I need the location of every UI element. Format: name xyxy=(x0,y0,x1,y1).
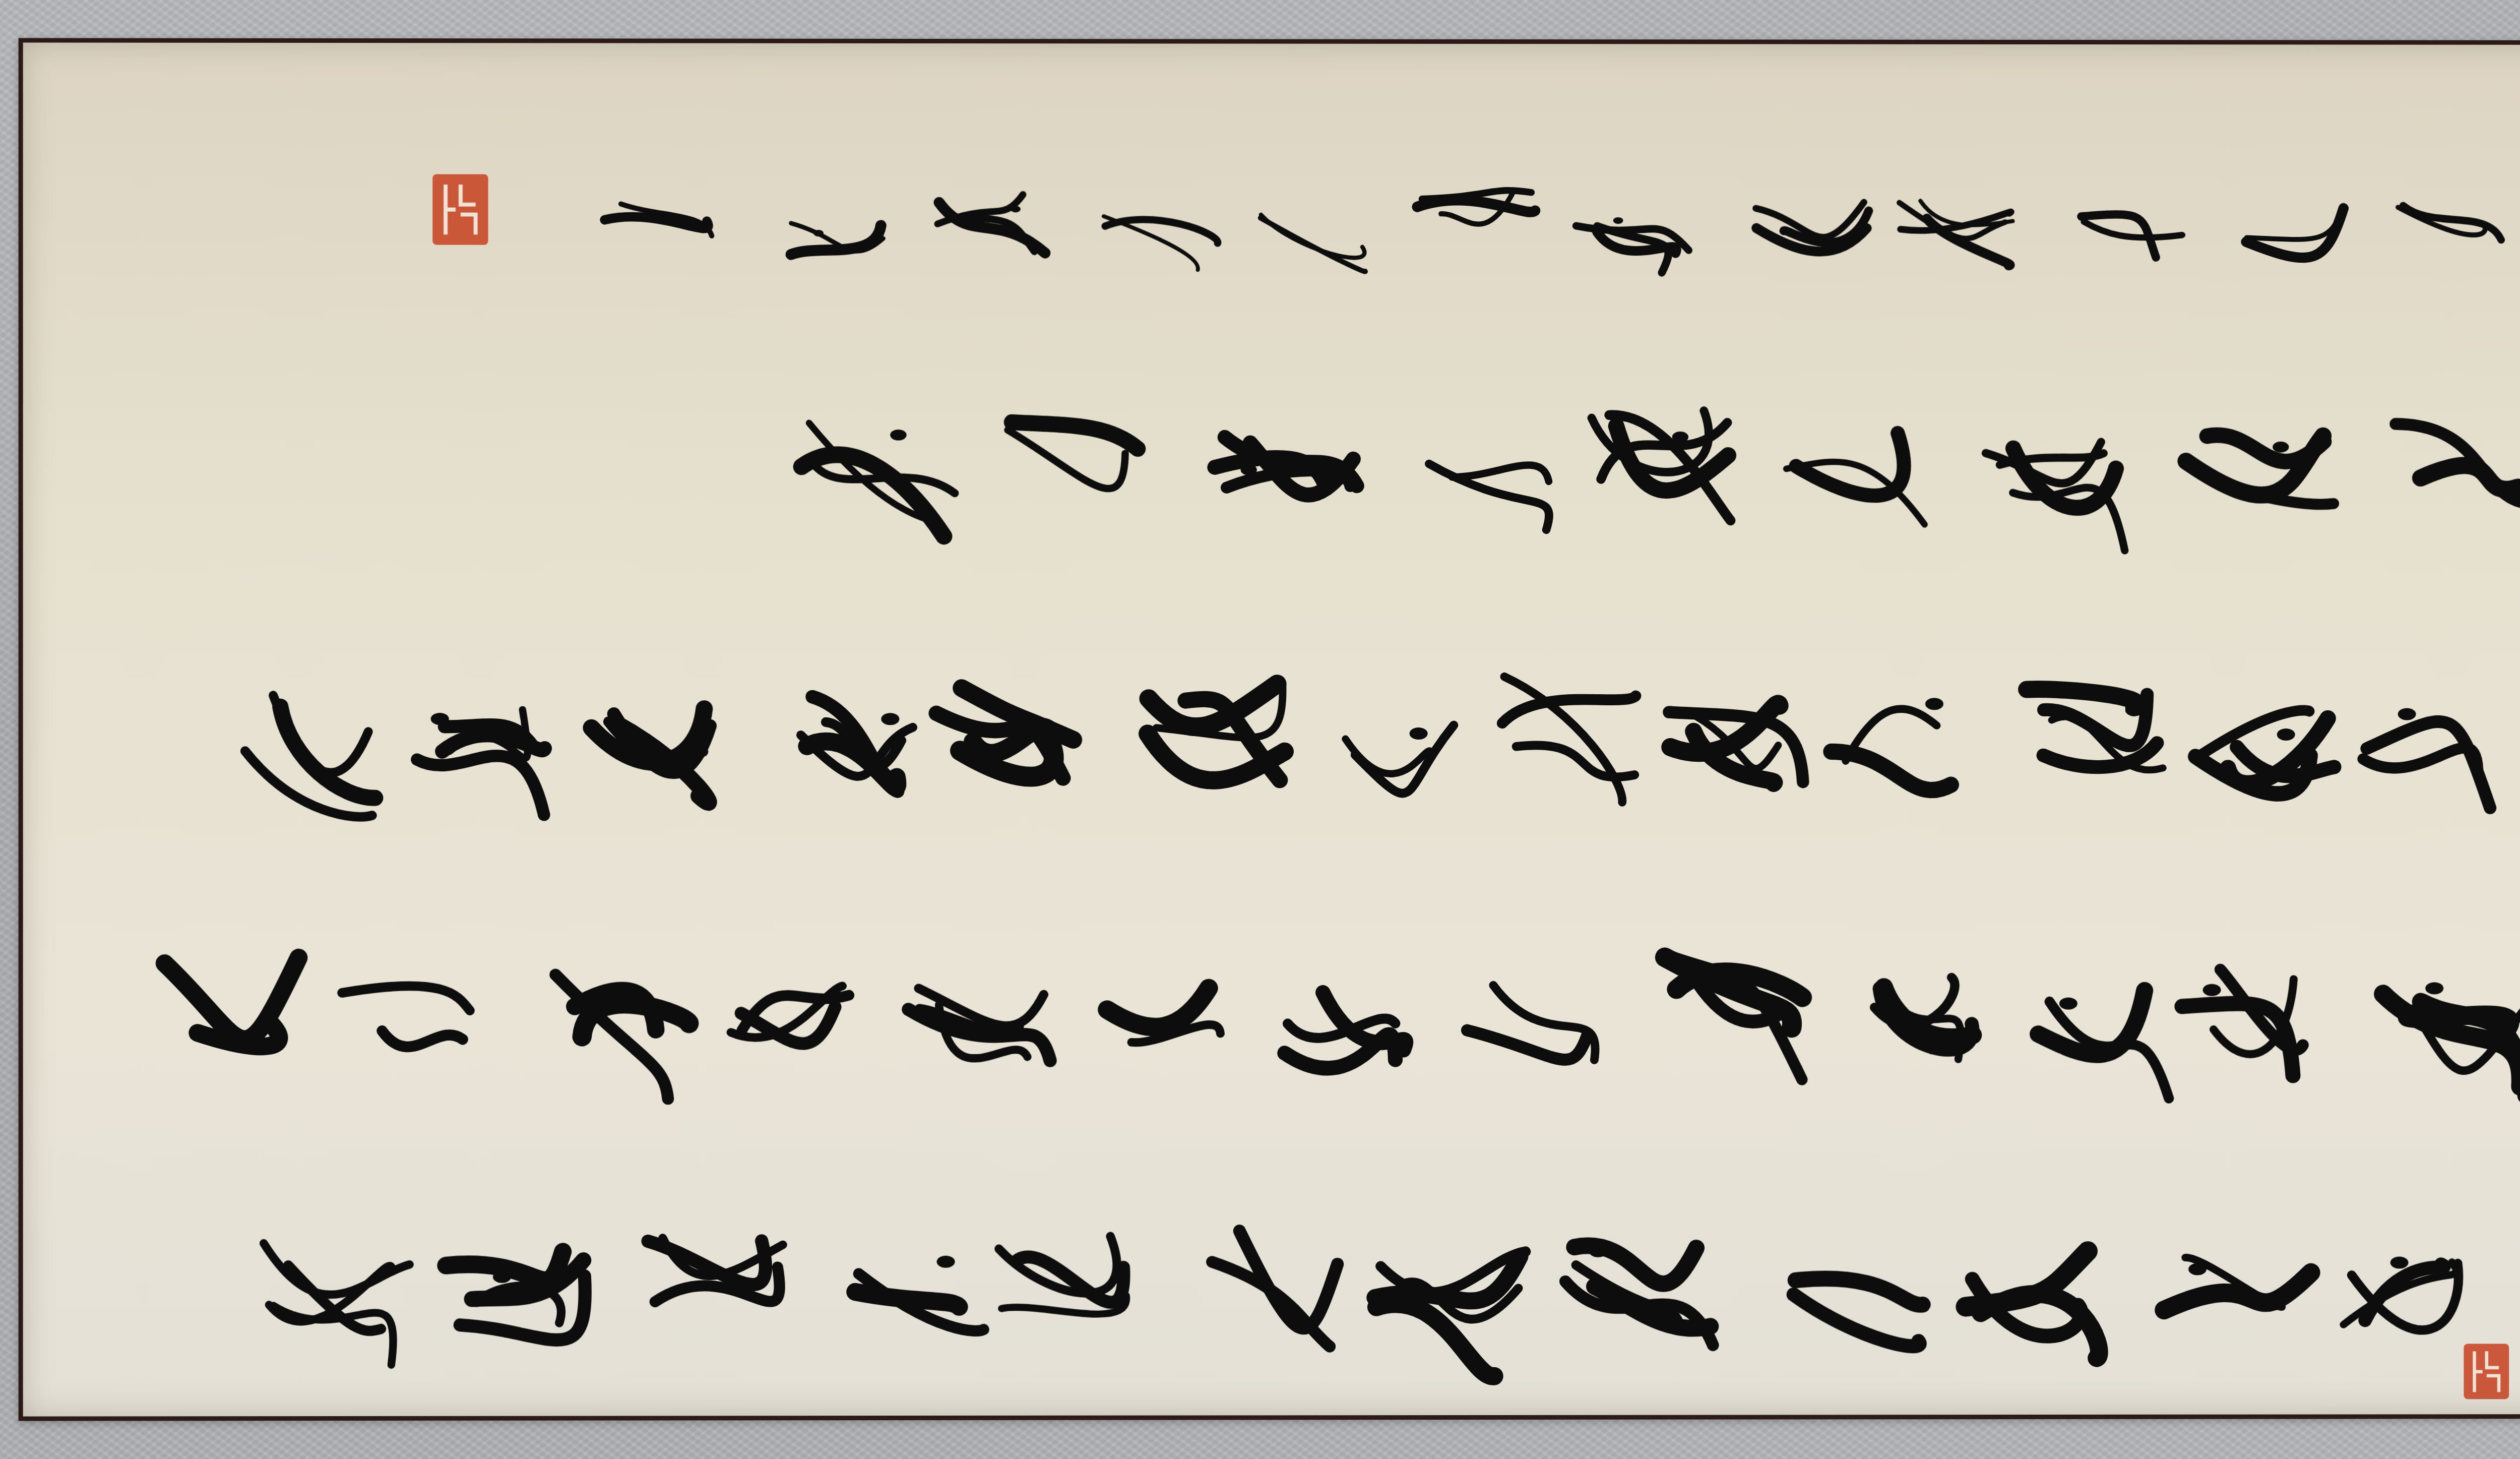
top-left-seal-icon xyxy=(432,174,488,245)
calligraphy-ink-strokes xyxy=(23,42,2520,1416)
bottom-right-seal-icon xyxy=(2464,1344,2509,1399)
calligraphy-row-2 xyxy=(245,677,2520,817)
calligraphy-row-4 xyxy=(264,1230,2520,1377)
calligraphy-row-1 xyxy=(801,410,2520,551)
calligraphy-row-3 xyxy=(165,954,2520,1100)
calligraphy-inscription xyxy=(605,190,2501,273)
calligraphy-paper-panel xyxy=(19,38,2520,1421)
